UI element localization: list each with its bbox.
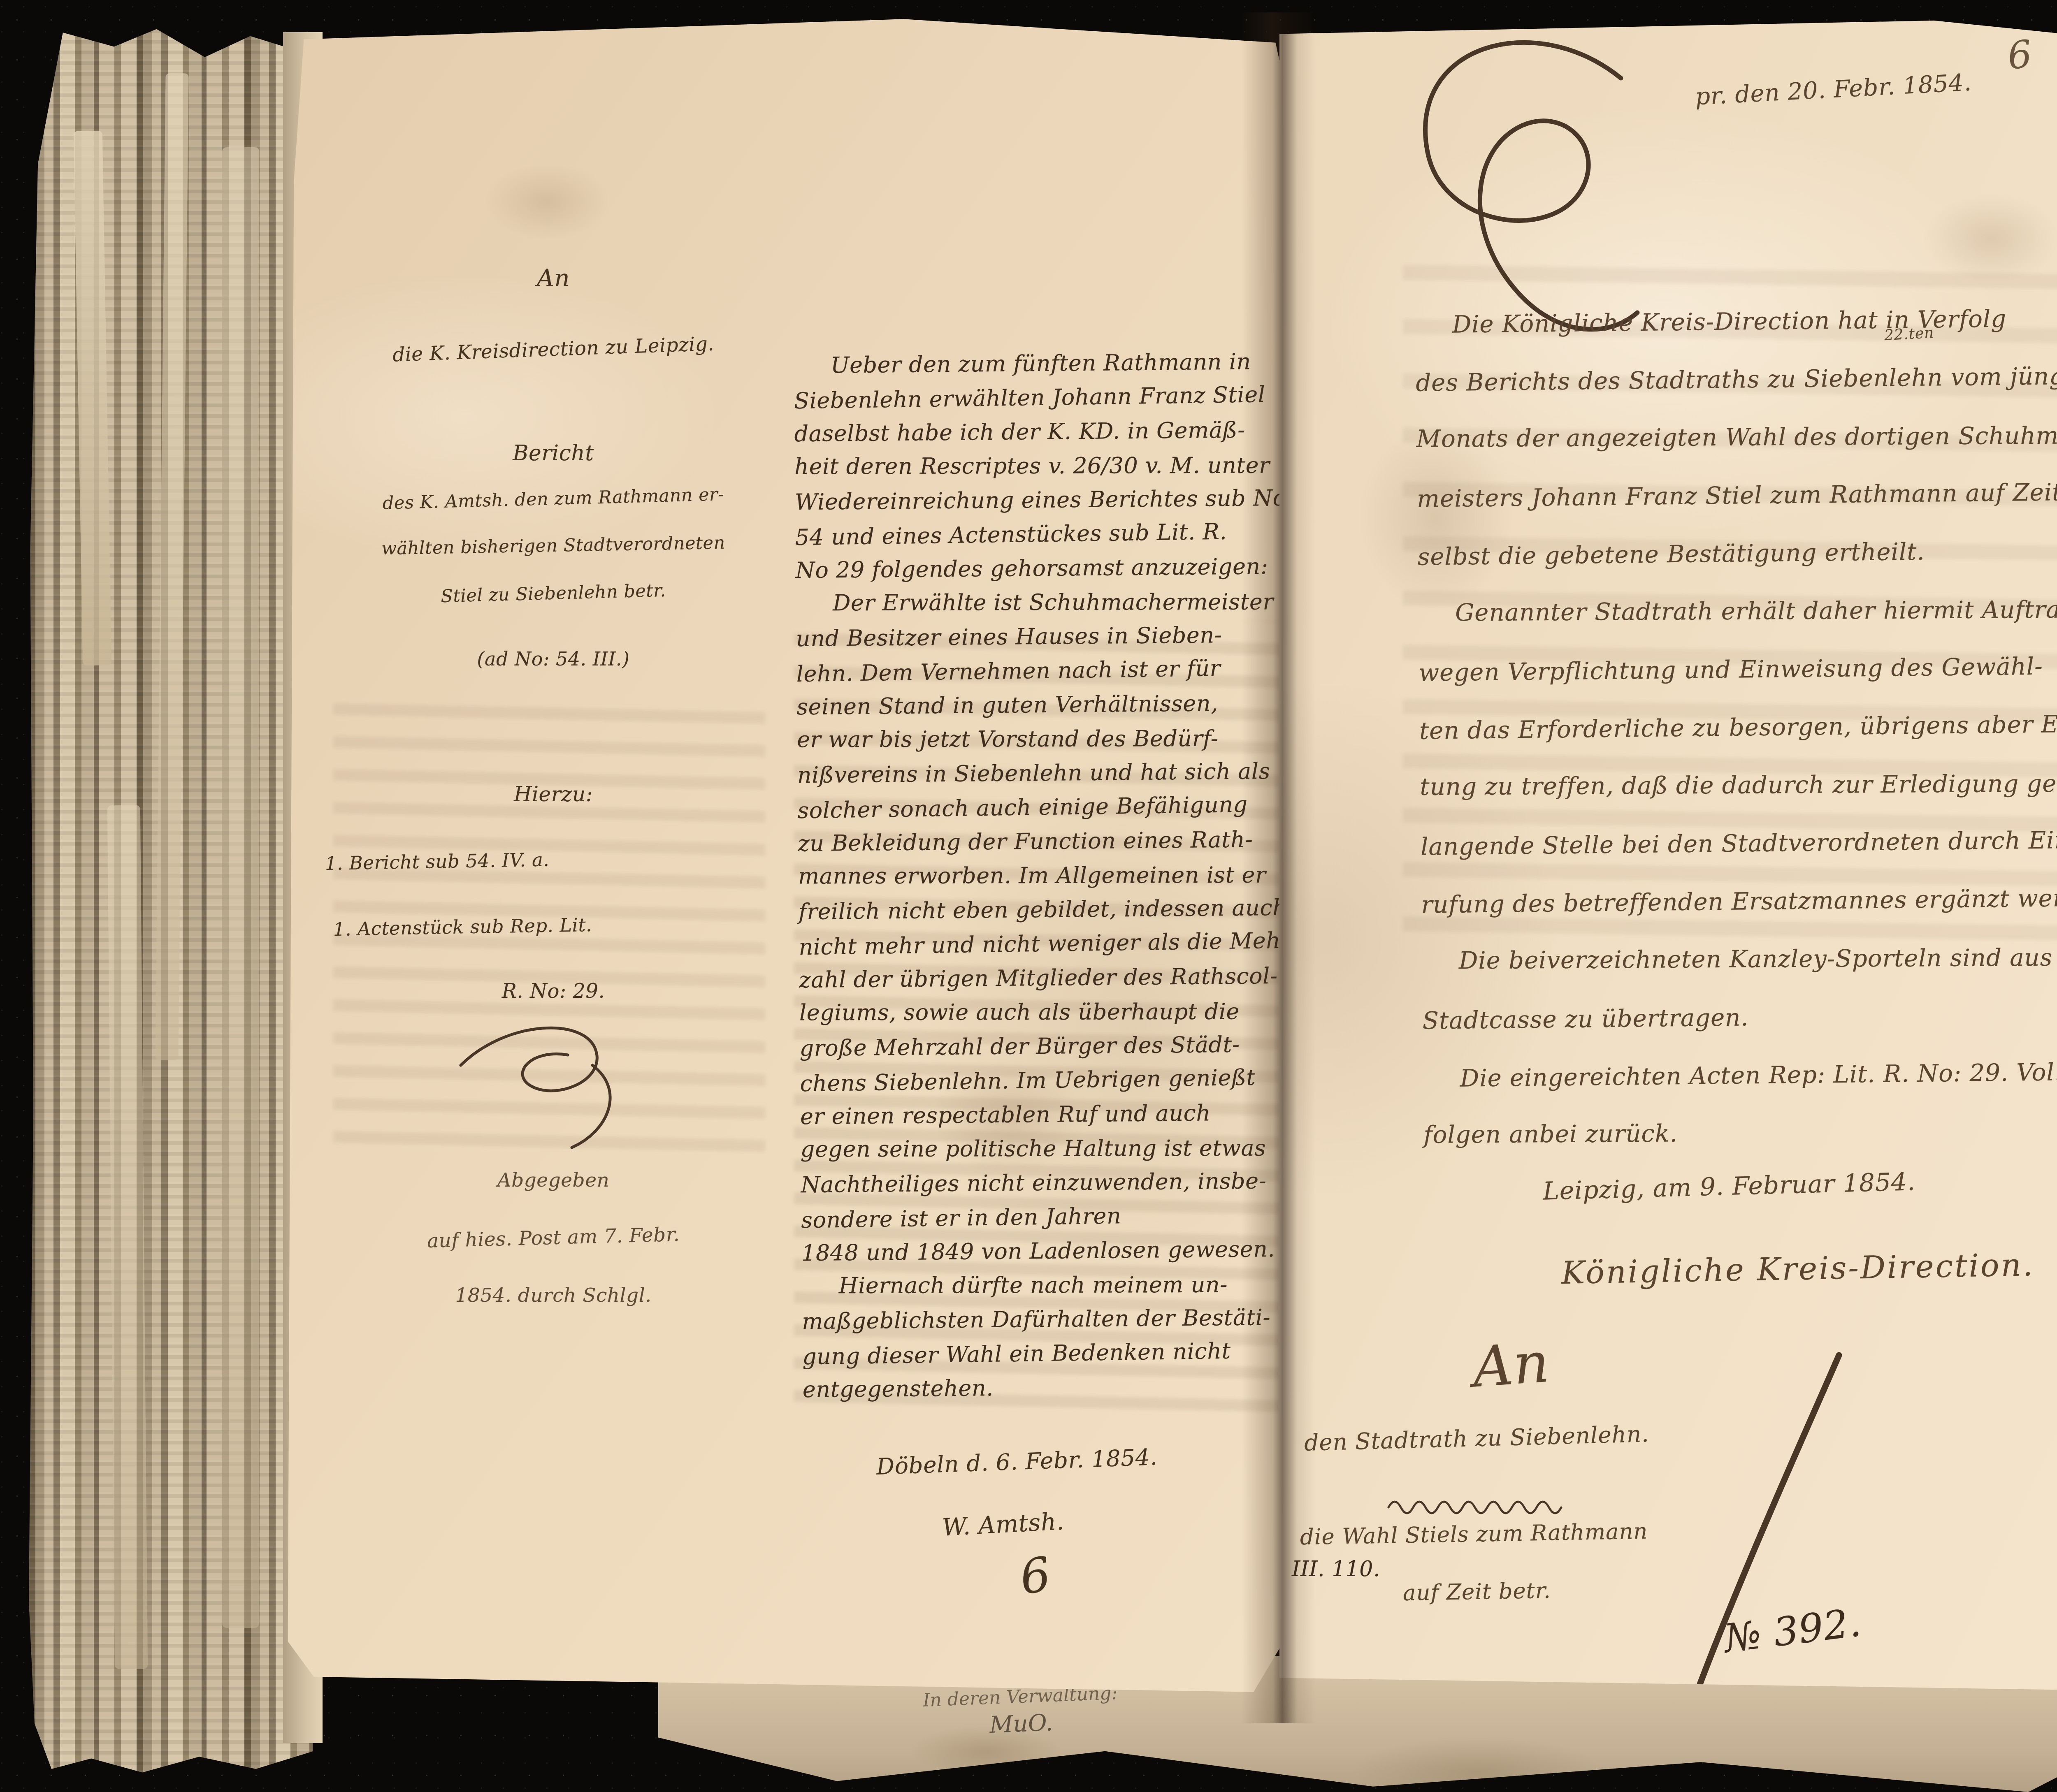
- manuscript-line: wegen Verpflichtung und Einweisung des G…: [1419, 636, 2057, 702]
- docket-slash-stroke: [1670, 1345, 1851, 1715]
- report-heading: Bericht: [296, 441, 810, 466]
- manuscript-line: nicht mehr und nicht weniger als die Meh…: [799, 923, 1286, 964]
- manuscript-line: Hiernach dürfte nach meinem un-: [802, 1267, 1289, 1303]
- manuscript-line: große Mehrzahl der Bürger des Städt-: [799, 1027, 1287, 1065]
- address-salutation: An: [1471, 1330, 1552, 1400]
- manuscript-line: chens Siebenlehn. Im Uebrigen genießt: [800, 1060, 1288, 1101]
- manuscript-line: Die beiverzeichneten Kanzley-Sporteln si…: [1422, 928, 2057, 990]
- manuscript-line: rufung des betreffenden Ersatzmannes erg…: [1421, 868, 2057, 934]
- manuscript-line: 1848 und 1849 von Ladenlosen gewesen.: [801, 1232, 1289, 1270]
- manuscript-line: und Besitzer eines Hauses in Sieben-: [796, 617, 1284, 656]
- manuscript-line: Monats der angezeigten Wahl des dortigen…: [1416, 406, 2057, 468]
- manuscript-line: folgen anbei zurück.: [1423, 1102, 2057, 1164]
- registratur-paraph-flourish: [432, 1016, 679, 1156]
- squiggle-stroke: [1388, 1502, 1561, 1513]
- enclosure-item: R. No: 29.: [296, 980, 810, 1003]
- page-edge-strip: [74, 130, 112, 665]
- manuscript-line: Siebenlehn erwählten Johann Franz Stiel: [794, 377, 1282, 418]
- dispatch-note-line: Abgegeben: [296, 1169, 810, 1192]
- enclosure-item: 1. Actenstück sub Rep. Lit.: [333, 909, 848, 940]
- rescript-body: Die Königliche Kreis-Direction hat in Ve…: [1415, 288, 2057, 1166]
- archive-scan: … Anstalten, Orten. In deren Verwaltung:…: [0, 0, 2057, 1792]
- page-edge-strip: [155, 73, 188, 1060]
- manuscript-line: Wiedereinreichung eines Berichtes sub No: [795, 481, 1283, 519]
- left-page: An die K. Kreisdirection zu Leipzig. Ber…: [284, 12, 1284, 1695]
- manuscript-line: legiums, sowie auch als überhaupt die: [799, 994, 1287, 1029]
- manuscript-line: seinen Stand in guten Verhältnissen,: [796, 686, 1284, 724]
- manuscript-line: entgegenstehen.: [803, 1368, 1291, 1407]
- manuscript-line: er einen respectablen Ruf und auch: [800, 1095, 1288, 1134]
- manuscript-line: Nachtheiliges nicht einzuwenden, insbe-: [801, 1164, 1289, 1202]
- manuscript-line: nißvereins in Siebenlehn und hat sich al…: [797, 754, 1285, 792]
- enclosures-heading: Hierzu:: [296, 782, 810, 806]
- page-edge-strip: [222, 147, 259, 1628]
- signature-flourish: 6: [1017, 1547, 1054, 1606]
- rescript-dateline: Leipzig, am 9. Februar 1854.: [1542, 1167, 1915, 1206]
- flourish-stroke: [461, 1028, 610, 1148]
- manuscript-line: tung zu treffen, daß die dadurch zur Erl…: [1420, 754, 2057, 816]
- manuscript-line: No 29 folgendes gehorsamst anzuzeigen:: [795, 549, 1283, 587]
- docket-subject-line: auf Zeit betr.: [1402, 1578, 1551, 1606]
- manuscript-line: gung dieser Wahl ein Bedenken nicht: [802, 1333, 1290, 1374]
- manuscript-line: meisters Johann Franz Stiel zum Rathmann…: [1416, 462, 2057, 528]
- page-edge-strip: [107, 805, 148, 1669]
- dispatch-note-line: 1854. durch Schlgl.: [296, 1284, 810, 1307]
- separator-squiggle: [1386, 1491, 1584, 1516]
- issuing-authority-closing: Königliche Kreis-Direction.: [1477, 1245, 2057, 1292]
- subject-line: wählten bisherigen Stadtverordneten: [296, 531, 811, 561]
- presented-date-note: pr. den 20. Febr. 1854.: [1695, 69, 1973, 110]
- manuscript-line: maßgeblichsten Dafürhalten der Bestäti-: [802, 1300, 1290, 1338]
- enclosure-item: 1. Bericht sub 54. IV. a.: [325, 844, 840, 874]
- address-recipient: die K. Kreisdirection zu Leipzig.: [296, 329, 810, 370]
- report-body-column: Ueber den zum fünften Rathmann in Sieben…: [794, 344, 1290, 1407]
- file-reference: (ad No: 54. III.): [296, 648, 810, 670]
- flourish-stroke: [1426, 42, 1637, 329]
- right-page: pr. den 20. Febr. 1854. 6 207. 22.ten Di…: [1279, 21, 2057, 1691]
- manuscript-line: 54 und eines Actenstückes sub Lit. R.: [795, 514, 1283, 555]
- manuscript-line: ten das Erforderliche zu besorgen, übrig…: [1419, 694, 2057, 760]
- manuscript-line: Genannter Stadtrath erhält daher hiermit…: [1418, 580, 2057, 642]
- subject-line: des K. Amtsh. den zum Rathmann er-: [296, 482, 811, 516]
- paper-stain: [1897, 177, 2057, 300]
- address-recipient: den Stadtrath zu Siebenlehn.: [1304, 1421, 1649, 1456]
- manuscript-line: Stadtcasse zu übertragen.: [1422, 984, 2057, 1050]
- manuscript-line: daselbst habe ich der K. KD. in Gemäß-: [794, 413, 1282, 451]
- manuscript-line: Ueber den zum fünften Rathmann in: [794, 344, 1282, 383]
- manuscript-line: mannes erworben. Im Allgemeinen ist er: [798, 858, 1286, 893]
- manuscript-line: sondere ist er in den Jahren: [801, 1196, 1289, 1238]
- manuscript-line: Die eingereichten Acten Rep: Lit. R. No:…: [1423, 1042, 2057, 1108]
- manuscript-line: des Berichts des Stadtraths zu Siebenleh…: [1415, 346, 2057, 412]
- manuscript-line: langende Stelle bei den Stadtverordneten…: [1420, 810, 2057, 876]
- manuscript-line: selbst die gebetene Bestätigung ertheilt…: [1417, 520, 2057, 586]
- manuscript-line: freilich nicht eben gebildet, indessen a…: [798, 890, 1286, 929]
- paper-stain: [461, 148, 634, 255]
- subject-line: Stiel zu Siebenlehn betr.: [296, 577, 811, 611]
- page-edge-stack: [29, 24, 313, 1776]
- manuscript-line: lehn. Dem Vernehmen nach ist er für: [796, 650, 1284, 691]
- manuscript-line: heit deren Rescriptes v. 26/30 v. M. unt…: [794, 448, 1282, 483]
- docket-subject-line: die Wahl Stiels zum Rathmann: [1300, 1519, 1648, 1550]
- manuscript-line: zahl der übrigen Mitglieder des Rathscol…: [799, 959, 1287, 997]
- folio-note: III. 110.: [1292, 1557, 1380, 1581]
- manuscript-line: er war bis jetzt Vorstand des Bedürf-: [797, 721, 1284, 756]
- dispatch-note-line: auf hies. Post am 7. Febr.: [296, 1220, 810, 1256]
- manuscript-line: Die Königliche Kreis-Direction hat in Ve…: [1415, 288, 2057, 354]
- manuscript-line: solcher sonach auch einige Befähigung: [797, 787, 1285, 828]
- manuscript-line: zu Bekleidung der Function eines Rath-: [798, 822, 1286, 860]
- manuscript-line: Der Erwählte ist Schuhmachermeister: [796, 584, 1283, 620]
- address-salutation: An: [296, 264, 810, 292]
- registry-mark: 6: [2006, 32, 2034, 78]
- report-signature: W. Amtsh.: [941, 1507, 1065, 1541]
- report-dateline: Döbeln d. 6. Febr. 1854.: [876, 1444, 1158, 1480]
- manuscript-line: gegen seine politische Haltung ist etwas: [801, 1131, 1288, 1166]
